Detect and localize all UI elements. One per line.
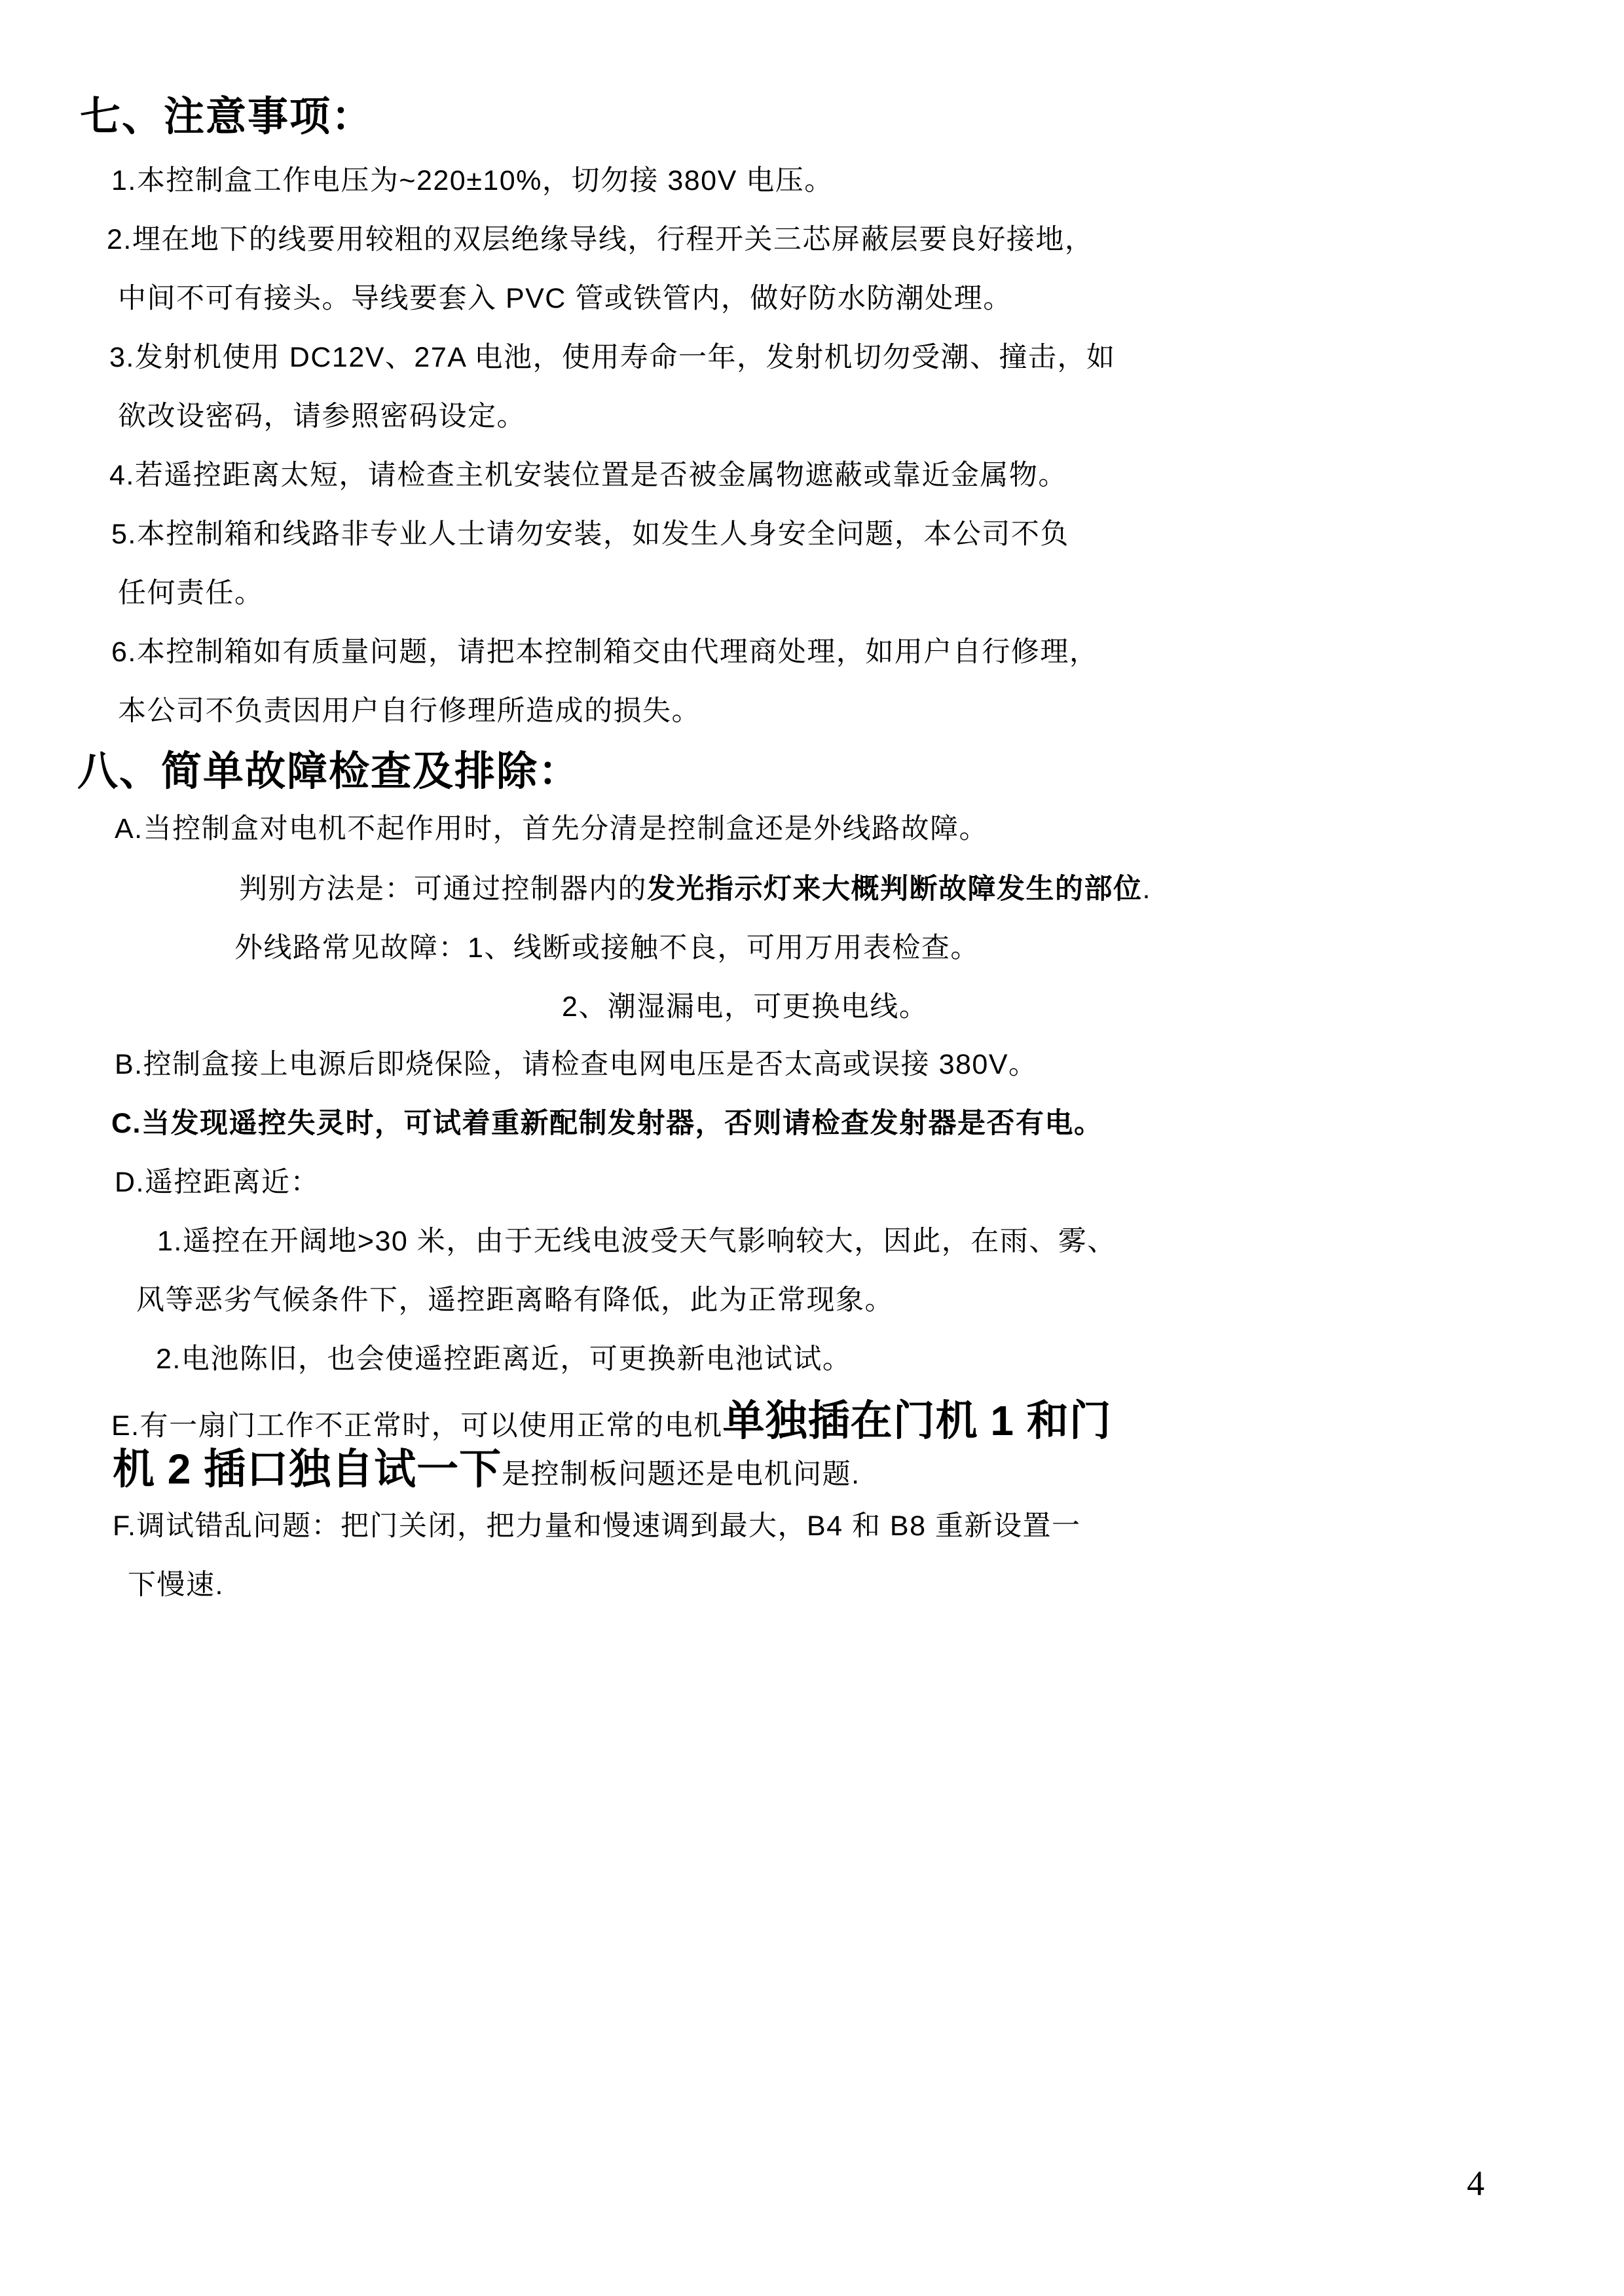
s7-item6a: 6.本控制箱如有质量问题，请把本控制箱交由代理商处理，如用户自行修理，: [111, 638, 1098, 666]
s8-itemD: D.遥控距离近：: [115, 1169, 320, 1197]
itemE-big2-text: 机 2 插口独自试一下: [113, 1446, 502, 1493]
document-page: 七、注意事项： 1.本控制盒工作电压为~220±10%，切勿接 380V 电压。…: [0, 0, 1624, 2296]
s8-itemE-line1: E.有一扇门工作不正常时，可以使用正常的电机单独插在门机 1 和门: [111, 1400, 1112, 1442]
itemE-normal2-text: 是控制板问题还是电机问题.: [502, 1459, 860, 1490]
section-8-heading: 八、简单故障检查及排除：: [77, 752, 580, 792]
s7-item4: 4.若遥控距离太短，请检查主机安装位置是否被金属物遮蔽或靠近金属物。: [109, 462, 1067, 490]
judge-bold-text: 发光指示灯来大概判断故障发生的部位: [647, 873, 1143, 905]
s7-item5b: 任何责任。: [118, 579, 264, 608]
s7-item2b: 中间不可有接头。导线要套入 PVC 管或铁管内，做好防水防潮处理。: [118, 285, 1012, 313]
s8-ext-fault1: 外线路常见故障：1、线断或接触不良，可用万用表检查。: [234, 934, 980, 962]
s7-item5a: 5.本控制箱和线路非专业人士请勿安装，如发生人身安全问题，本公司不负: [111, 520, 1069, 549]
s7-item3a: 3.发射机使用 DC12V、27A 电池，使用寿命一年，发射机切勿受潮、撞击，如: [109, 344, 1116, 372]
judge-normal-text: 判别方法是：可通过控制器内的: [239, 873, 647, 905]
s8-itemD1b: 风等恶劣气候条件下，遥控距离略有降低，此为正常现象。: [136, 1286, 894, 1315]
s8-itemD2: 2.电池陈旧，也会使遥控距离近，可更换新电池试试。: [156, 1345, 851, 1374]
judge-tail-text: .: [1143, 873, 1151, 905]
s7-item3b: 欲改设密码，请参照密码设定。: [118, 403, 526, 431]
s8-itemC: C.当发现遥控失灵时，可试着重新配制发射器，否则请检查发射器是否有电。: [111, 1110, 1103, 1138]
s8-ext-fault2: 2、潮湿漏电，可更换电线。: [562, 993, 928, 1021]
section-7-heading: 七、注意事项：: [80, 97, 373, 137]
s7-item6b: 本公司不负责因用户自行修理所造成的损失。: [118, 697, 701, 725]
s8-judge-line: 判别方法是：可通过控制器内的发光指示灯来大概判断故障发生的部位.: [239, 875, 1151, 903]
s8-itemB: B.控制盒接上电源后即烧保险，请检查电网电压是否太高或误接 380V。: [115, 1051, 1038, 1079]
page-number: 4: [1467, 2166, 1485, 2201]
s7-item2a: 2.埋在地下的线要用较粗的双层绝缘导线，行程开关三芯屏蔽层要良好接地，: [107, 226, 1094, 254]
s7-item1: 1.本控制盒工作电压为~220±10%，切勿接 380V 电压。: [111, 167, 834, 195]
s8-itemE-line2: 机 2 插口独自试一下是控制板问题还是电机问题.: [113, 1448, 860, 1490]
s8-itemF-b: 下慢速.: [128, 1571, 224, 1599]
itemE-normal1-text: E.有一扇门工作不正常时，可以使用正常的电机: [111, 1410, 723, 1442]
s8-itemA: A.当控制盒对电机不起作用时，首先分清是控制盒还是外线路故障。: [115, 815, 988, 843]
s8-itemF-a: F.调试错乱问题：把门关闭，把力量和慢速调到最大，B4 和 B8 重新设置一: [113, 1512, 1080, 1540]
s8-itemD1a: 1.遥控在开阔地>30 米，由于无线电波受天气影响较大，因此，在雨、雾、: [157, 1228, 1116, 1256]
itemE-big1-text: 单独插在门机 1 和门: [723, 1397, 1112, 1444]
